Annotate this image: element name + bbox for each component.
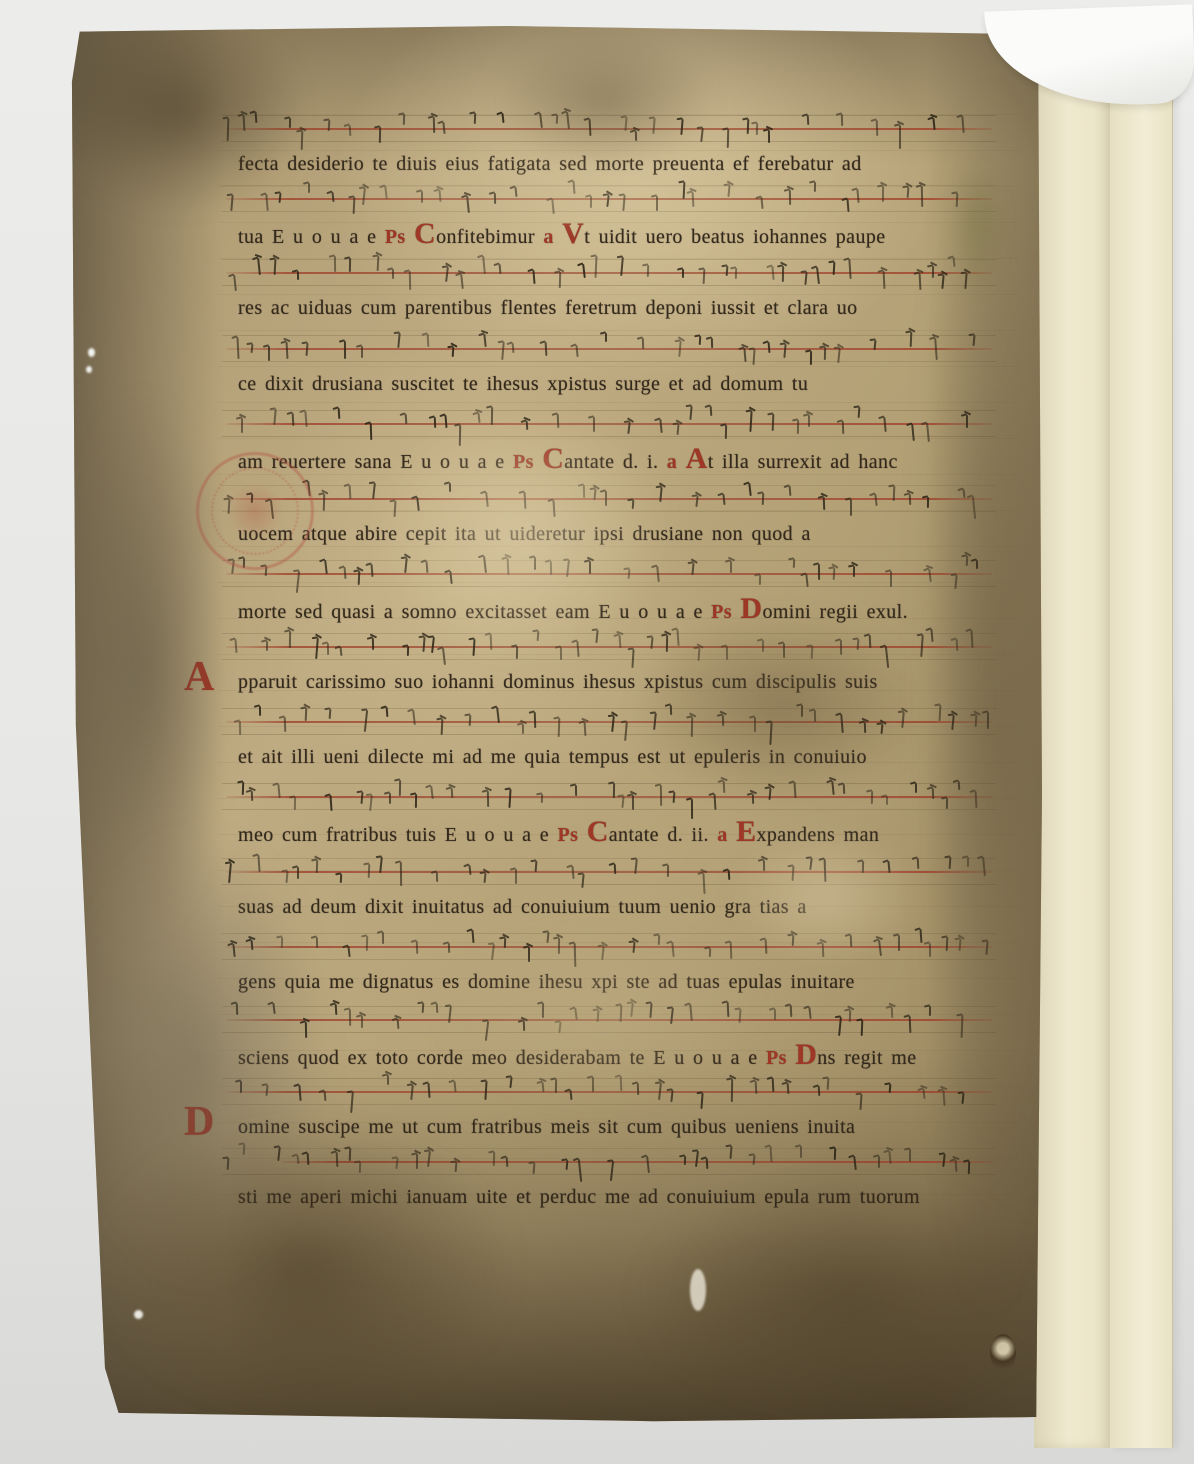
- manuscript-line: meo cum fratribus tuis E u o u a e Ps Ca…: [220, 776, 1012, 854]
- staff-line: [222, 259, 996, 260]
- neume-mark: [265, 194, 268, 211]
- neume-mark: [396, 1019, 399, 1029]
- neume-mark: [917, 858, 920, 869]
- neume-mark: [258, 258, 262, 275]
- neume-mark: [755, 123, 757, 135]
- neume-mark: [806, 115, 809, 125]
- neume-mark: [817, 564, 819, 580]
- neume-mark: [768, 130, 770, 143]
- neume-mark: [297, 867, 299, 879]
- neume-mark: [899, 125, 901, 149]
- neume-mark: [575, 345, 578, 357]
- neume-mark: [233, 275, 237, 291]
- neume-mark: [813, 182, 815, 192]
- manuscript-line: res ac uiduas cum parentibus flentes fer…: [220, 252, 1012, 330]
- neume-mark: [241, 418, 243, 433]
- neume-mark: [734, 268, 736, 279]
- neume-mark: [283, 717, 286, 732]
- neume-mark: [816, 267, 820, 285]
- neume-mark: [730, 942, 733, 959]
- neume-mark: [919, 273, 922, 290]
- neume-mark: [397, 333, 400, 348]
- chant-text-line: ce dixit drusiana suscitet te ihesus xpi…: [238, 368, 1012, 402]
- neume-mark: [242, 782, 244, 795]
- neume-mark: [824, 347, 826, 360]
- neume-mark: [454, 1081, 457, 1092]
- neume-mark: [729, 1146, 732, 1159]
- neume-mark: [559, 272, 561, 288]
- text-segment: ce dixit drusiana suscitet te ihesus xpi…: [238, 373, 808, 395]
- neume-mark: [472, 930, 475, 943]
- text-segment: meo cum fratribus tuis E u o u a e: [238, 824, 558, 846]
- neume-mark: [369, 423, 372, 440]
- staff-line: [222, 335, 996, 336]
- stain: [430, 926, 770, 1106]
- text-segment: antate d. ii.: [609, 824, 717, 846]
- neume-mark: [612, 783, 614, 798]
- neume-mark: [566, 1160, 569, 1170]
- staff-red-line: [226, 423, 992, 425]
- neume-mark: [501, 342, 504, 360]
- neume-mark: [783, 344, 786, 358]
- neume-mark: [315, 638, 319, 659]
- neume-mark: [349, 485, 352, 499]
- neume-mark: [699, 336, 702, 345]
- neume-mark: [377, 256, 380, 271]
- neume-mark: [771, 266, 774, 280]
- neume-mark: [400, 862, 402, 886]
- neume-mark: [541, 794, 543, 803]
- neume-mark: [436, 872, 438, 882]
- neume-mark: [492, 1152, 494, 1166]
- neume-mark: [684, 1156, 686, 1165]
- neume-mark: [808, 415, 810, 427]
- neume-mark: [631, 795, 633, 810]
- neume-mark: [614, 864, 617, 874]
- neume-mark: [304, 411, 307, 427]
- neume-mark: [800, 1146, 802, 1158]
- neume-mark: [710, 406, 713, 417]
- neume-mark: [890, 571, 892, 587]
- chant-text-line: res ac uiduas cum parentibus flentes fer…: [238, 292, 1012, 326]
- neume-mark: [667, 865, 669, 878]
- neume-mark: [387, 1075, 389, 1085]
- music-staff: [220, 328, 1002, 368]
- neume-mark: [468, 865, 471, 876]
- neume-mark: [316, 937, 318, 948]
- neume-mark: [789, 486, 792, 496]
- neume-mark: [509, 789, 512, 808]
- neume-mark: [827, 1078, 830, 1090]
- neume-mark: [746, 119, 749, 134]
- staff-line: [222, 285, 996, 286]
- neume-mark: [433, 117, 435, 133]
- neume-mark: [920, 929, 923, 943]
- neume-mark: [337, 408, 340, 419]
- neume-mark: [932, 266, 934, 278]
- rubric-segment: Ps: [766, 1047, 795, 1069]
- neume-mark: [695, 1151, 699, 1167]
- neume-mark: [907, 187, 910, 198]
- stain: [630, 606, 930, 806]
- text-segment: tua E u o u a e: [238, 226, 385, 248]
- neume-mark: [861, 1020, 864, 1036]
- neume-mark: [297, 271, 299, 280]
- stain: [290, 146, 810, 236]
- staff-line: [222, 809, 996, 810]
- rubric-segment: E: [736, 815, 756, 848]
- neume-mark: [808, 1007, 811, 1019]
- neume-mark: [771, 414, 774, 431]
- flyleaf-page-2: [1110, 24, 1173, 1448]
- neume-mark: [853, 566, 855, 577]
- neume-mark: [405, 414, 408, 424]
- neume-mark: [238, 721, 240, 735]
- neume-mark: [268, 346, 270, 361]
- neume-mark: [768, 342, 771, 353]
- neume-mark: [659, 419, 662, 433]
- neume-mark: [624, 722, 628, 741]
- neume-mark: [886, 796, 888, 805]
- neume-mark: [731, 1079, 733, 1102]
- neume-mark: [344, 341, 346, 359]
- neume-mark: [370, 564, 373, 577]
- neume-mark: [445, 267, 449, 282]
- neume-mark: [793, 559, 795, 568]
- neume-mark: [594, 255, 597, 277]
- neume-mark: [372, 638, 374, 650]
- neume-mark: [848, 258, 851, 278]
- neume-mark: [647, 265, 649, 277]
- neume-mark: [727, 129, 729, 148]
- neume-mark: [451, 788, 454, 798]
- neume-mark: [677, 424, 680, 435]
- neume-mark: [430, 786, 434, 799]
- neume-mark: [398, 780, 400, 796]
- neume-mark: [850, 499, 852, 516]
- neume-mark: [348, 125, 351, 136]
- neume-mark: [532, 1163, 535, 1174]
- neume-mark: [769, 1146, 772, 1162]
- neume-mark: [286, 342, 289, 359]
- neume-mark: [582, 263, 586, 278]
- neume-mark: [932, 118, 935, 130]
- neume-mark: [277, 784, 280, 798]
- white-speck: [86, 366, 92, 373]
- rubric-segment: Ps: [385, 226, 414, 248]
- stain: [370, 406, 670, 666]
- manuscript-line: ce dixit drusiana suscitet te ihesus xpi…: [220, 328, 1012, 406]
- stain: [950, 156, 1005, 296]
- text-segment: res ac uiduas cum parentibus flentes fer…: [238, 297, 858, 319]
- rubric-segment: a: [667, 451, 686, 473]
- neume-mark: [858, 407, 861, 418]
- neume-mark: [817, 1086, 820, 1096]
- neume-mark: [810, 351, 812, 365]
- neume-mark: [915, 783, 917, 793]
- neume-mark: [323, 494, 326, 511]
- neume-mark: [324, 560, 328, 575]
- neume-mark: [422, 1002, 425, 1012]
- neume-mark: [871, 791, 873, 804]
- neume-mark: [627, 422, 630, 434]
- neume-mark: [761, 493, 764, 506]
- neume-mark: [752, 349, 755, 365]
- neume-mark: [891, 1007, 894, 1018]
- staff-red-line: [226, 796, 992, 798]
- white-speck: [88, 348, 95, 357]
- neume-mark: [422, 637, 425, 652]
- neume-mark: [533, 712, 535, 728]
- neume-mark: [305, 708, 308, 721]
- neume-mark: [487, 791, 489, 807]
- neume-mark: [846, 199, 849, 212]
- neume-mark: [859, 1094, 862, 1110]
- neume-mark: [834, 1148, 836, 1160]
- rubric-segment: D: [795, 1038, 817, 1071]
- parchment-leaf: fecta desiderio te diuis eius fatigata s…: [70, 26, 1042, 1424]
- rubric-segment: C: [587, 815, 609, 848]
- neume-mark: [805, 272, 808, 285]
- rubric-segment: a: [717, 824, 736, 846]
- white-speck: [690, 1269, 706, 1311]
- neume-mark: [575, 785, 577, 796]
- neume-mark: [787, 1083, 790, 1094]
- neume-mark: [702, 269, 705, 284]
- stain: [90, 1116, 520, 1416]
- neume-mark: [316, 860, 318, 873]
- neume-mark: [407, 646, 409, 656]
- neume-mark: [682, 269, 684, 278]
- neume-mark: [911, 424, 915, 441]
- neume-mark: [334, 1004, 337, 1015]
- neume-mark: [305, 343, 308, 356]
- neume-mark: [796, 420, 798, 434]
- neume-mark: [706, 1158, 709, 1169]
- neume-mark: [442, 648, 446, 665]
- neume-mark: [416, 941, 418, 954]
- neume-mark: [646, 1155, 650, 1172]
- neume-mark: [700, 1093, 703, 1110]
- neume-mark: [409, 271, 411, 290]
- neume-mark: [266, 641, 268, 651]
- neume-mark: [286, 871, 289, 883]
- stain: [730, 826, 920, 966]
- neume-mark: [469, 715, 472, 726]
- neume-mark: [327, 643, 329, 655]
- music-staff: [220, 776, 1002, 816]
- neume-mark: [605, 333, 607, 342]
- neume-mark: [498, 264, 501, 274]
- neume-mark: [557, 718, 560, 737]
- neume-mark: [892, 486, 895, 501]
- neume-mark: [581, 874, 584, 888]
- neume-mark: [460, 274, 464, 289]
- neume-mark: [484, 873, 487, 883]
- neume-mark: [848, 1010, 850, 1023]
- neume-mark: [258, 706, 260, 716]
- neume-mark: [571, 866, 574, 879]
- rubric-segment: A: [686, 442, 708, 475]
- neume-mark: [920, 186, 922, 207]
- neume-mark: [328, 709, 331, 719]
- neume-mark: [754, 1081, 757, 1094]
- neume-mark: [361, 346, 363, 358]
- neume-mark: [392, 269, 394, 279]
- neume-mark: [642, 338, 644, 349]
- chant-text-line: meo cum fratribus tuis E u o u a e Ps Ca…: [238, 816, 1012, 850]
- neume-mark: [618, 635, 621, 648]
- neume-mark: [327, 120, 330, 131]
- neume-mark: [789, 1005, 792, 1017]
- neume-mark: [750, 411, 753, 432]
- neume-mark: [339, 647, 342, 656]
- flyleaf-page: [1034, 24, 1110, 1448]
- neume-mark: [382, 932, 384, 944]
- neume-mark: [365, 936, 367, 951]
- neume-mark: [856, 189, 859, 203]
- neume-mark: [349, 1009, 351, 1026]
- text-segment: ns regit me: [817, 1047, 916, 1069]
- neume-mark: [348, 258, 350, 272]
- neume-mark: [695, 496, 698, 507]
- neume-mark: [610, 1160, 614, 1180]
- neume-mark: [730, 561, 732, 573]
- neume-mark: [875, 120, 878, 136]
- neume-mark: [440, 719, 443, 735]
- neume-mark: [753, 1154, 756, 1165]
- neume-mark: [584, 722, 587, 736]
- neume-mark: [838, 1017, 842, 1036]
- text-segment: t illa surrexit ad hanc: [708, 451, 898, 473]
- neume-mark: [690, 406, 693, 420]
- stain: [50, 6, 310, 216]
- neume-mark: [515, 869, 517, 884]
- neume-mark: [759, 575, 761, 586]
- neume-mark: [410, 1085, 414, 1101]
- neume-mark: [781, 266, 783, 282]
- neume-mark: [294, 797, 296, 810]
- neume-mark: [910, 332, 913, 347]
- neume-mark: [522, 724, 524, 734]
- neume-mark: [711, 338, 713, 348]
- neume-mark: [805, 573, 808, 586]
- music-staff: [220, 252, 1002, 292]
- neume-mark: [874, 494, 877, 507]
- neume-mark: [545, 342, 548, 356]
- white-speck: [134, 1310, 143, 1319]
- neume-mark: [361, 1016, 363, 1028]
- neume-mark: [724, 425, 726, 439]
- staff-line: [222, 361, 996, 362]
- neume-mark: [357, 571, 360, 585]
- neume-mark: [412, 710, 416, 725]
- neume-mark: [660, 785, 662, 806]
- neume-mark: [612, 716, 616, 732]
- neume-mark: [772, 1078, 775, 1092]
- neume-mark: [725, 266, 728, 276]
- neume-mark: [340, 874, 343, 883]
- rubric-segment: Ps: [558, 824, 587, 846]
- text-segment: suas ad deum dixit inuitatus ad conuiuiu…: [238, 896, 807, 918]
- neume-mark: [360, 792, 363, 804]
- neume-mark: [853, 1156, 857, 1170]
- neume-mark: [882, 271, 885, 289]
- staff-red-line: [226, 348, 992, 350]
